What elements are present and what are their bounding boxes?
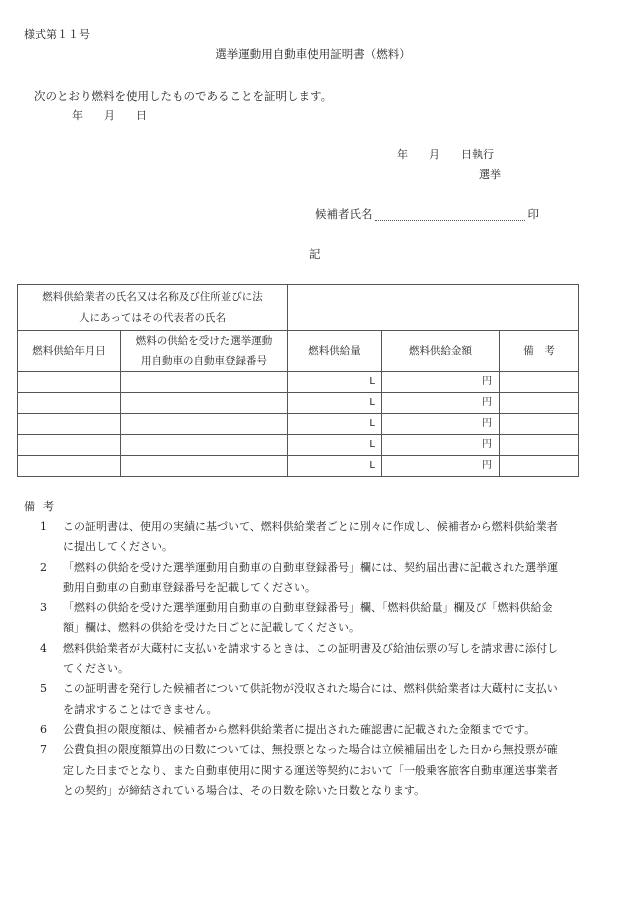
candidate-name-dotted-line <box>375 220 525 221</box>
supplier-value-cell[interactable] <box>288 285 579 331</box>
col-header-registration: 燃料の供給を受けた選挙運動 用自動車の自動車登録番号 <box>121 331 288 372</box>
col-header-date: 燃料供給年月日 <box>18 331 121 372</box>
column-header-row: 燃料供給年月日 燃料の供給を受けた選挙運動 用自動車の自動車登録番号 燃料供給量… <box>18 331 579 372</box>
date-cell[interactable] <box>18 414 121 435</box>
document-title: 選挙運動用自動車使用証明書（燃料） <box>0 46 630 62</box>
exec-year-label: 年 <box>397 148 408 161</box>
exec-day-label: 日執行 <box>461 148 494 161</box>
note-text: 公費負担の限度額は、候補者から燃料供給業者に提出された確認書に記載された金額まで… <box>63 720 587 740</box>
note-item: 6 公費負担の限度額は、候補者から燃料供給業者に提出された確認書に記載された金額… <box>40 720 600 740</box>
amount-cell[interactable]: 円 <box>382 393 500 414</box>
issue-day-label: 日 <box>136 107 147 123</box>
remarks-cell[interactable] <box>500 372 579 393</box>
execution-date: 年月日執行 <box>397 146 494 162</box>
date-cell[interactable] <box>18 456 121 477</box>
col-header-amount: 燃料供給金額 <box>382 331 500 372</box>
form-number: 様式第１１号 <box>24 26 90 42</box>
exec-month-label: 月 <box>429 148 440 161</box>
note-text: 燃料供給業者が大蔵村に支払いを請求するときは、この証明書及び給油伝票の写しを請求… <box>63 639 587 680</box>
note-item: 1 この証明書は、使用の実績に基づいて、燃料供給業者ごとに別々に作成し、候補者か… <box>40 517 600 558</box>
election-label: 選挙 <box>479 166 501 182</box>
col-header-remarks: 備 考 <box>500 331 579 372</box>
remarks-cell[interactable] <box>500 414 579 435</box>
note-item: 2 「燃料の供給を受けた選挙運動用自動車の自動車登録番号」欄には、契約届出書に記… <box>40 558 600 599</box>
registration-cell[interactable] <box>121 414 288 435</box>
issue-month-label: 月 <box>104 107 115 123</box>
col-header-quantity: 燃料供給量 <box>288 331 382 372</box>
quantity-cell[interactable]: L <box>288 393 382 414</box>
intro-statement: 次のとおり燃料を使用したものであることを証明します。 <box>34 88 332 104</box>
amount-cell[interactable]: 円 <box>382 372 500 393</box>
candidate-name-label: 候補者氏名 <box>315 206 373 222</box>
amount-cell[interactable]: 円 <box>382 414 500 435</box>
ki-label: 記 <box>309 246 321 262</box>
table-row: L 円 <box>18 414 579 435</box>
note-number: 7 <box>40 740 53 801</box>
registration-cell[interactable] <box>121 393 288 414</box>
table-row: L 円 <box>18 456 579 477</box>
note-item: 4 燃料供給業者が大蔵村に支払いを請求するときは、この証明書及び給油伝票の写しを… <box>40 639 600 680</box>
note-item: 3 「燃料の供給を受けた選挙運動用自動車の自動車登録番号」欄、「燃料供給量」欄及… <box>40 598 600 639</box>
seal-mark: 印 <box>528 206 540 222</box>
registration-cell[interactable] <box>121 456 288 477</box>
note-number: 5 <box>40 679 53 720</box>
date-cell[interactable] <box>18 393 121 414</box>
candidate-name-field[interactable]: 候補者氏名 印 <box>315 206 539 222</box>
supplier-header-cell: 燃料供給業者の氏名又は名称及び住所並びに法 人にあってはその代表者の氏名 <box>18 285 288 331</box>
note-item: 5 この証明書を発行した候補者について供託物が没収された場合には、燃料供給業者は… <box>40 679 600 720</box>
registration-cell[interactable] <box>121 435 288 456</box>
note-text: 「燃料の供給を受けた選挙運動用自動車の自動車登録番号」欄には、契約届出書に記載さ… <box>63 558 587 599</box>
quantity-cell[interactable]: L <box>288 414 382 435</box>
note-number: 2 <box>40 558 53 599</box>
registration-cell[interactable] <box>121 372 288 393</box>
note-number: 1 <box>40 517 53 558</box>
issue-date: 年月日 <box>72 107 147 123</box>
table-row: L 円 <box>18 372 579 393</box>
note-text: 公費負担の限度額算出の日数については、無投票となった場合は立候補届出をした日から… <box>63 740 587 801</box>
remarks-cell[interactable] <box>500 393 579 414</box>
quantity-cell[interactable]: L <box>288 456 382 477</box>
quantity-cell[interactable]: L <box>288 435 382 456</box>
note-text: 「燃料の供給を受けた選挙運動用自動車の自動車登録番号」欄、「燃料供給量」欄及び「… <box>63 598 587 639</box>
fuel-certificate-table: 燃料供給業者の氏名又は名称及び住所並びに法 人にあってはその代表者の氏名 燃料供… <box>17 284 579 477</box>
note-item: 7 公費負担の限度額算出の日数については、無投票となった場合は立候補届出をした日… <box>40 740 600 801</box>
table-row: L 円 <box>18 435 579 456</box>
remarks-cell[interactable] <box>500 456 579 477</box>
note-number: 6 <box>40 720 53 740</box>
note-number: 3 <box>40 598 53 639</box>
note-number: 4 <box>40 639 53 680</box>
supplier-row: 燃料供給業者の氏名又は名称及び住所並びに法 人にあってはその代表者の氏名 <box>18 285 579 331</box>
issue-year-label: 年 <box>72 107 83 123</box>
amount-cell[interactable]: 円 <box>382 456 500 477</box>
notes-list: 1 この証明書は、使用の実績に基づいて、燃料供給業者ごとに別々に作成し、候補者か… <box>40 517 600 801</box>
date-cell[interactable] <box>18 435 121 456</box>
remarks-cell[interactable] <box>500 435 579 456</box>
note-text: この証明書を発行した候補者について供託物が没収された場合には、燃料供給業者は大蔵… <box>63 679 587 720</box>
quantity-cell[interactable]: L <box>288 372 382 393</box>
table-row: L 円 <box>18 393 579 414</box>
notes-heading: 備考 <box>24 498 62 514</box>
amount-cell[interactable]: 円 <box>382 435 500 456</box>
date-cell[interactable] <box>18 372 121 393</box>
note-text: この証明書は、使用の実績に基づいて、燃料供給業者ごとに別々に作成し、候補者から燃… <box>63 517 587 558</box>
